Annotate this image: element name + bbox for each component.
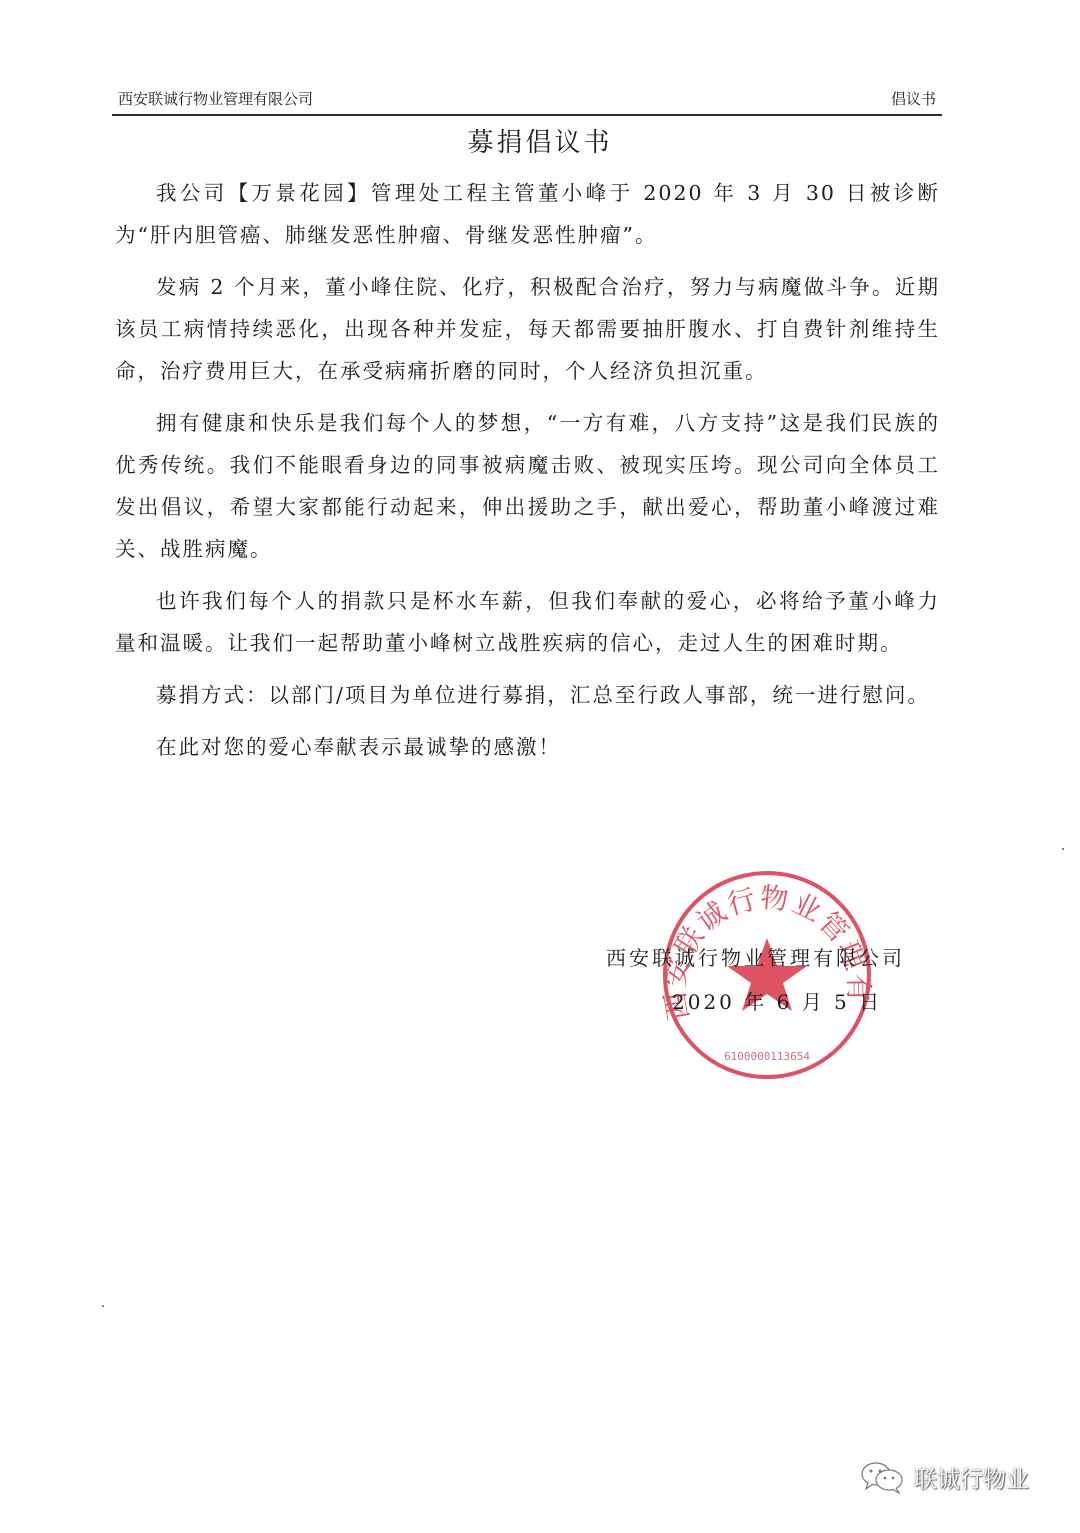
- scan-speck: [1062, 848, 1064, 850]
- scan-speck: [102, 1305, 104, 1307]
- paragraph-condition: 发病 2 个月来，董小峰住院、化疗，积极配合治疗，努力与病魔做斗争。近期该员工病…: [115, 266, 940, 392]
- signature-company: 西安联诚行物业管理有限公司: [606, 942, 905, 971]
- paragraph-encouragement: 也许我们每个人的捐款只是杯水车薪，但我们奉献的爱心，必将给予董小峰力量和温暖。让…: [115, 580, 940, 664]
- company-seal: 西安联诚行物业管理有限公司 6100000113654: [660, 868, 874, 1082]
- paragraph-diagnosis: 我公司【万景花园】管理处工程主管董小峰于 2020 年 3 月 30 日被诊断为…: [115, 172, 940, 256]
- paragraph-donation-method: 募捐方式：以部门/项目为单位进行募捐，汇总至行政人事部，统一进行慰问。: [115, 674, 940, 716]
- seal-code: 6100000113654: [724, 1050, 810, 1063]
- paragraph-thanks: 在此对您的爱心奉献表示最诚挚的感激！: [115, 726, 940, 768]
- paragraph-appeal: 拥有健康和快乐是我们每个人的梦想，“一方有难，八方支持”这是我们民族的优秀传统。…: [115, 402, 940, 570]
- signature-date: 2020 年 6 月 5 日: [672, 986, 882, 1015]
- header-doc-type: 倡议书: [891, 88, 936, 109]
- header-company: 西安联诚行物业管理有限公司: [118, 88, 313, 109]
- wechat-icon: [860, 1460, 906, 1494]
- document-header: 西安联诚行物业管理有限公司 倡议书: [112, 86, 942, 116]
- document-body: 我公司【万景花园】管理处工程主管董小峰于 2020 年 3 月 30 日被诊断为…: [115, 172, 940, 778]
- watermark-label: 联诚行物业: [914, 1461, 1029, 1494]
- wechat-watermark: 联诚行物业: [860, 1460, 1029, 1494]
- document-title: 募捐倡议书: [0, 122, 1080, 159]
